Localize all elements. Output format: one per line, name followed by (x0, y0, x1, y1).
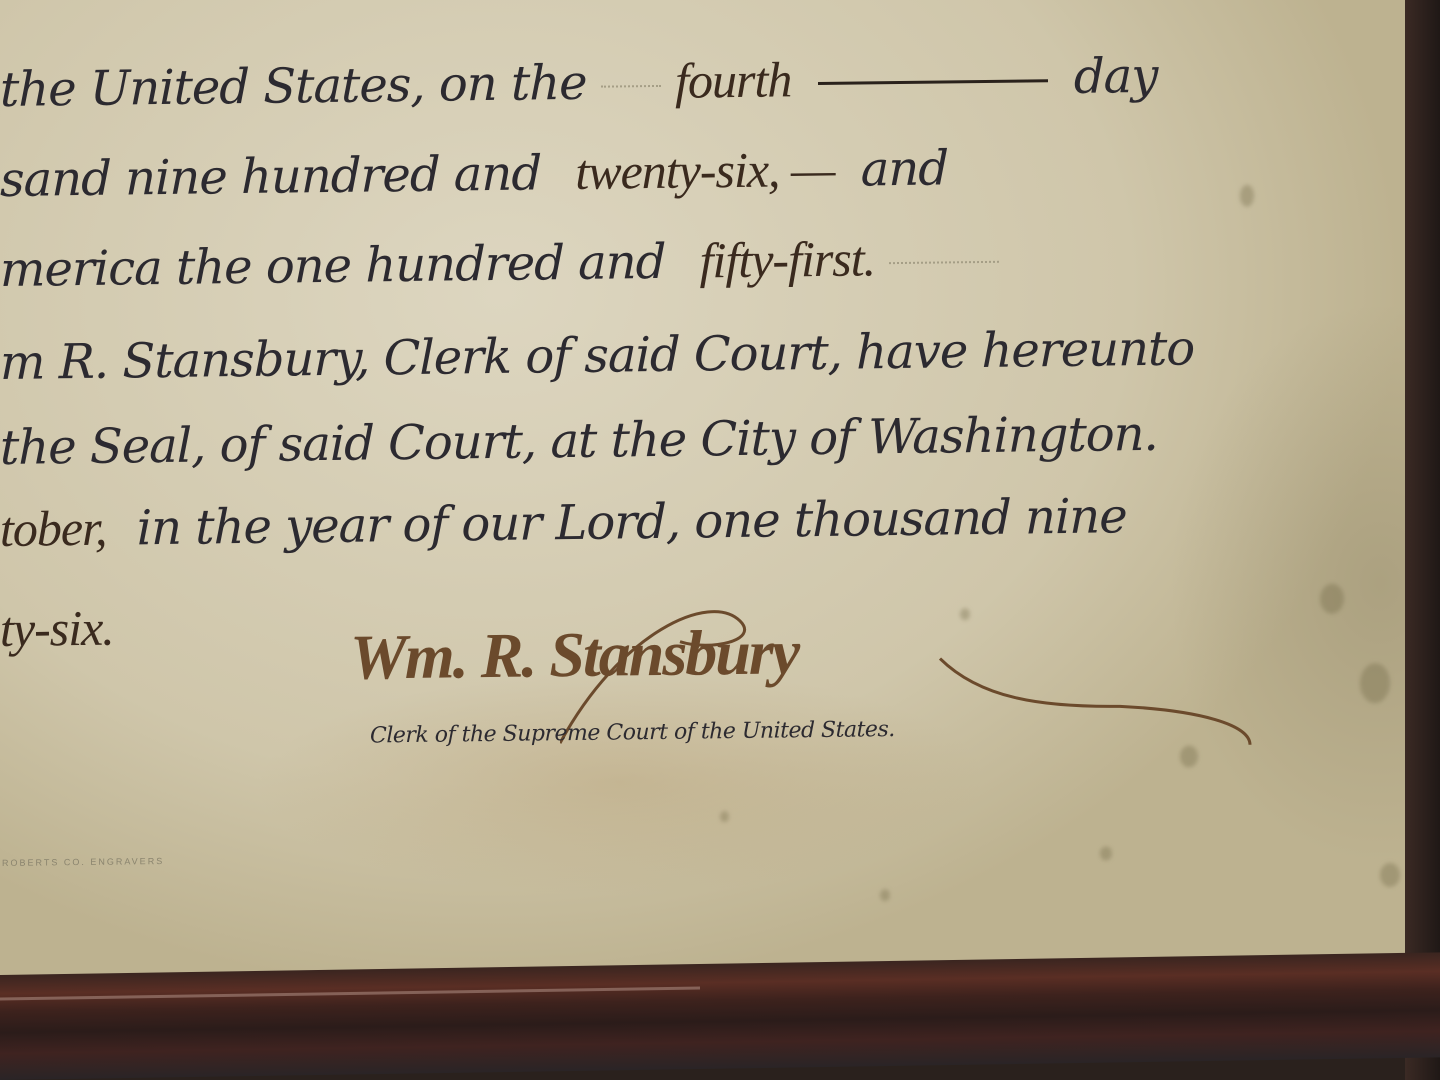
certificate-paper: the United States, on the fourth day san… (0, 0, 1412, 992)
foxing-spot (1240, 185, 1254, 207)
dash-rule (818, 79, 1048, 85)
text-line-7: ty-six. (0, 599, 114, 658)
handwritten-text: twenty-six, — (575, 141, 834, 200)
printed-text: the United States, on the (0, 55, 587, 118)
foxing-spot (1380, 863, 1400, 887)
foxing-spot (1100, 846, 1112, 860)
frame-bottom-edge (0, 952, 1440, 1080)
foxing-spot (1320, 584, 1344, 614)
text-line-2: sand nine hundred and twenty-six, — and (0, 138, 948, 208)
printed-text: sand nine hundred and (0, 145, 541, 208)
handwritten-text: fourth (675, 51, 791, 108)
printed-text: and (861, 140, 948, 197)
text-line-1: the United States, on the fourth day (0, 46, 1157, 118)
foxing-spot (720, 811, 729, 822)
text-line-6: tober, in the year of our Lord, one thou… (0, 486, 1127, 558)
text-line-5: the Seal, of said Court, at the City of … (0, 406, 1158, 476)
dotted-rule (889, 260, 999, 263)
printed-text: day (1074, 48, 1157, 105)
handwritten-text: ty-six. (0, 600, 114, 657)
printed-text: merica the one hundred and (0, 234, 665, 298)
engraver-credit: ROBERTS CO. ENGRAVERS (2, 856, 164, 868)
text-line-3: merica the one hundred and fifty-first. (0, 228, 999, 298)
handwritten-text: fifty-first. (700, 230, 876, 288)
handwritten-text: tober, (0, 500, 107, 557)
printed-text: m R. Stansbury, Clerk of said Court, hav… (0, 320, 1194, 391)
foxing-spot (880, 889, 890, 901)
printed-text: the Seal, of said Court, at the City of … (0, 406, 1158, 476)
printed-text: in the year of our Lord, one thousand ni… (137, 488, 1127, 556)
foxing-spot (1360, 663, 1390, 703)
text-line-4: m R. Stansbury, Clerk of said Court, hav… (0, 320, 1194, 391)
dotted-rule (601, 84, 661, 87)
frame-right-edge (1405, 0, 1440, 1080)
